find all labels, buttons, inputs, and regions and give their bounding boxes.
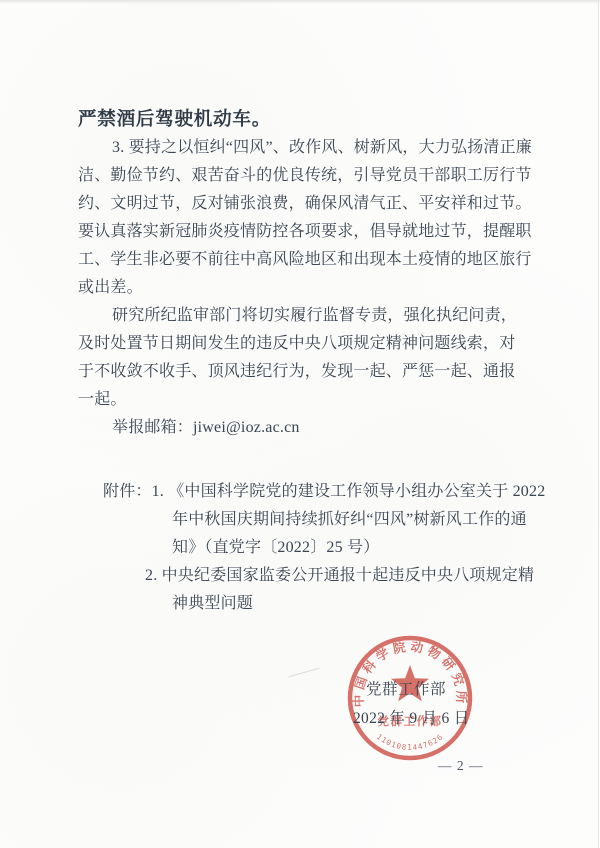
scan-edge-top [0,0,600,4]
body-line-text: 要认真落实新冠肺炎疫情防控各项要求，倡导就地过节，提醒职 [78,223,532,240]
body-line: 或出差。 [78,274,540,302]
body-line-text: 举报邮箱：jiwei@ioz.ac.cn [112,419,300,436]
attachment-line-text: 年中秋国庆期间持续抓好纠“四风”树新风工作的通 [172,511,527,528]
attachment-line-text: 知》（直党字〔2022〕25 号） [172,539,379,556]
attachment-line: 知》（直党字〔2022〕25 号） [78,534,548,562]
body-line: 研究所纪监审部门将切实履行监督专责，强化执纪问责， [78,302,540,330]
attachment-line: 年中秋国庆期间持续抓好纠“四风”树新风工作的通 [78,506,548,534]
body-line-text: 工、学生非必要不前往中高风险地区和出现本土疫情的地区旅行 [78,251,532,268]
body-line-text: 于不收敛不收手、顶风违纪行为，发现一起、严惩一起、通报 [78,363,515,380]
body-line: 要认真落实新冠肺炎疫情防控各项要求，倡导就地过节，提醒职 [78,218,540,246]
attachments-list: 附件：1. 《中国科学院党的建设工作领导小组办公室关于 2022 年中秋国庆期间… [78,478,548,618]
signature-department: 党群工作部 [366,677,446,699]
seal-number-text: 1101081447626 [375,732,445,752]
attachment-line: 附件：1. 《中国科学院党的建设工作领导小组办公室关于 2022 [78,478,548,506]
body-line-text: 一起。 [78,391,127,408]
body-line: 3. 要持之以恒纠“四风”、改作风、树新风，大力弘扬清正廉 [78,134,540,162]
body-line-text: 严禁酒后驾驶机动车。 [78,110,271,130]
attachment-line-text: 2. 中央纪委国家监委公开通报十起违反中央八项规定精 [145,567,534,584]
body-line: 及时处置节日期间发生的违反中央八项规定精神问题线索，对 [78,330,540,358]
body-paragraphs: 严禁酒后驾驶机动车。 3. 要持之以恒纠“四风”、改作风、树新风，大力弘扬清正廉… [78,106,540,442]
scan-edge-right [598,0,599,848]
attachment-line-text: 附件：1. 《中国科学院党的建设工作领导小组办公室关于 2022 [103,483,545,500]
attachment-line-text: 神典型问题 [172,595,253,612]
scan-scratch-mark [288,668,319,678]
body-line-text: 3. 要持之以恒纠“四风”、改作风、树新风，大力弘扬清正廉 [112,139,532,156]
body-line: 于不收敛不收手、顶风违纪行为，发现一起、严惩一起、通报 [78,358,540,386]
document-page: 严禁酒后驾驶机动车。 3. 要持之以恒纠“四风”、改作风、树新风，大力弘扬清正廉… [0,0,600,848]
body-line-text: 洁、勤俭节约、艰苦奋斗的优良传统，引导党员干部职工厉行节 [78,167,532,184]
body-line-text: 约、文明过节，反对铺张浪费，确保风清气正、平安祥和过节。 [78,195,532,212]
body-line: 严禁酒后驾驶机动车。 [78,106,540,134]
body-line: 洁、勤俭节约、艰苦奋斗的优良传统，引导党员干部职工厉行节 [78,162,540,190]
attachment-line: 2. 中央纪委国家监委公开通报十起违反中央八项规定精 [78,562,548,590]
body-line-text: 及时处置节日期间发生的违反中央八项规定精神问题线索，对 [78,335,515,352]
signature-date: 2022 年 9 月 6 日 [353,706,470,728]
body-line-text: 或出差。 [78,279,143,296]
body-line: 举报邮箱：jiwei@ioz.ac.cn [78,414,540,442]
body-line: 工、学生非必要不前往中高风险地区和出现本土疫情的地区旅行 [78,246,540,274]
body-line-text: 研究所纪监审部门将切实履行监督专责，强化执纪问责， [112,307,517,324]
body-line: 约、文明过节，反对铺张浪费，确保风清气正、平安祥和过节。 [78,190,540,218]
body-line: 一起。 [78,386,540,414]
attachment-line: 神典型问题 [78,590,548,618]
